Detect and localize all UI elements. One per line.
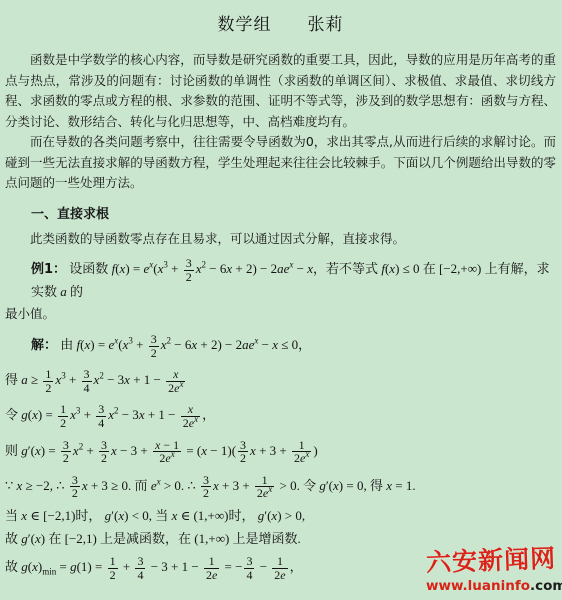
solution-line-derive: 得 a ≥ 12x3 + 34x2 − 3x + 1 − x2ex — [5, 367, 556, 395]
solution-formula-monotonicity: 故 g′(x) 在 [−2,1) 上是减函数，在 (1,+∞) 上是增函数. — [5, 531, 301, 546]
solution-line-given: 解： 由 f(x) = ex(x3 + 32x2 − 6x + 2) − 2ae… — [5, 332, 556, 360]
example-1-formula: 设函数 f(x) = ex(x3 + 32x2 − 6x + 2) − 2aex… — [31, 261, 550, 299]
solution-formula-given: 由 f(x) = ex(x3 + 32x2 − 6x + 2) − 2aex −… — [60, 337, 311, 352]
solution-formula-g-derivative: 则 g′(x) = 32x2 + 32x − 3 + x − 12ex = (x… — [5, 443, 318, 458]
intro-paragraph-1: 函数是中学数学的核心内容，而导数是研究函数的重要工具，因此，导数的应用是历年高考… — [5, 50, 556, 132]
solution-formula-minimum: 故 g(x)min = g(1) = 12 + 34 − 3 + 1 − 12e… — [5, 559, 303, 574]
solution-line-sign-analysis: ∵ x ≥ −2, ∴ 32x + 3 ≥ 0. 而 ex > 0. ∴ 32x… — [5, 473, 556, 501]
watermark-url-red: www.luaninfo — [426, 578, 530, 594]
example-1-tail: 最小值。 — [5, 304, 556, 325]
solution-formula-derive: 得 a ≥ 12x3 + 34x2 − 3x + 1 − x2ex — [5, 372, 187, 387]
example-1-label: 例1： — [31, 262, 66, 277]
section-intro: 此类函数的导函数零点存在且易求，可以通过因式分解，直接求得。 — [5, 229, 556, 250]
document-page: 数学组 张莉 函数是中学数学的核心内容，而导数是研究函数的重要工具，因此，导数的… — [0, 0, 562, 600]
example-1-statement: 例1： 设函数 f(x) = ex(x3 + 32x2 − 6x + 2) − … — [5, 256, 556, 300]
solution-formula-define-g: 令 g(x) = 12x3 + 34x2 − 3x + 1 − x2ex， — [5, 407, 215, 422]
section-heading: 一、直接求根 — [5, 203, 556, 222]
solution-formula-intervals: 当 x ∈ [−2,1)时， g′(x) < 0, 当 x ∈ (1,+∞)时，… — [5, 508, 305, 523]
document-title: 数学组 张莉 — [5, 10, 556, 35]
watermark-url: www.luaninfo.com — [426, 578, 556, 594]
watermark-url-dark: .com — [530, 578, 562, 594]
intro-paragraph-2: 而在导数的各类问题考察中，往往需要令导函数为0，求出其零点,从而进行后续的求解讨… — [5, 132, 556, 194]
solution-formula-sign-analysis: ∵ x ≥ −2, ∴ 32x + 3 ≥ 0. 而 ex > 0. ∴ 32x… — [5, 478, 416, 493]
solution-line-define-g: 令 g(x) = 12x3 + 34x2 − 3x + 1 − x2ex， — [5, 402, 556, 430]
watermark-logo-text: 六安新闻网 — [425, 539, 556, 580]
solution-line-g-derivative: 则 g′(x) = 32x2 + 32x − 3 + x − 12ex = (x… — [5, 438, 556, 466]
watermark: 六安新闻网 www.luaninfo.com — [426, 541, 556, 594]
solution-line-intervals: 当 x ∈ [−2,1)时， g′(x) < 0, 当 x ∈ (1,+∞)时，… — [5, 508, 556, 524]
solution-label: 解： — [31, 338, 57, 353]
